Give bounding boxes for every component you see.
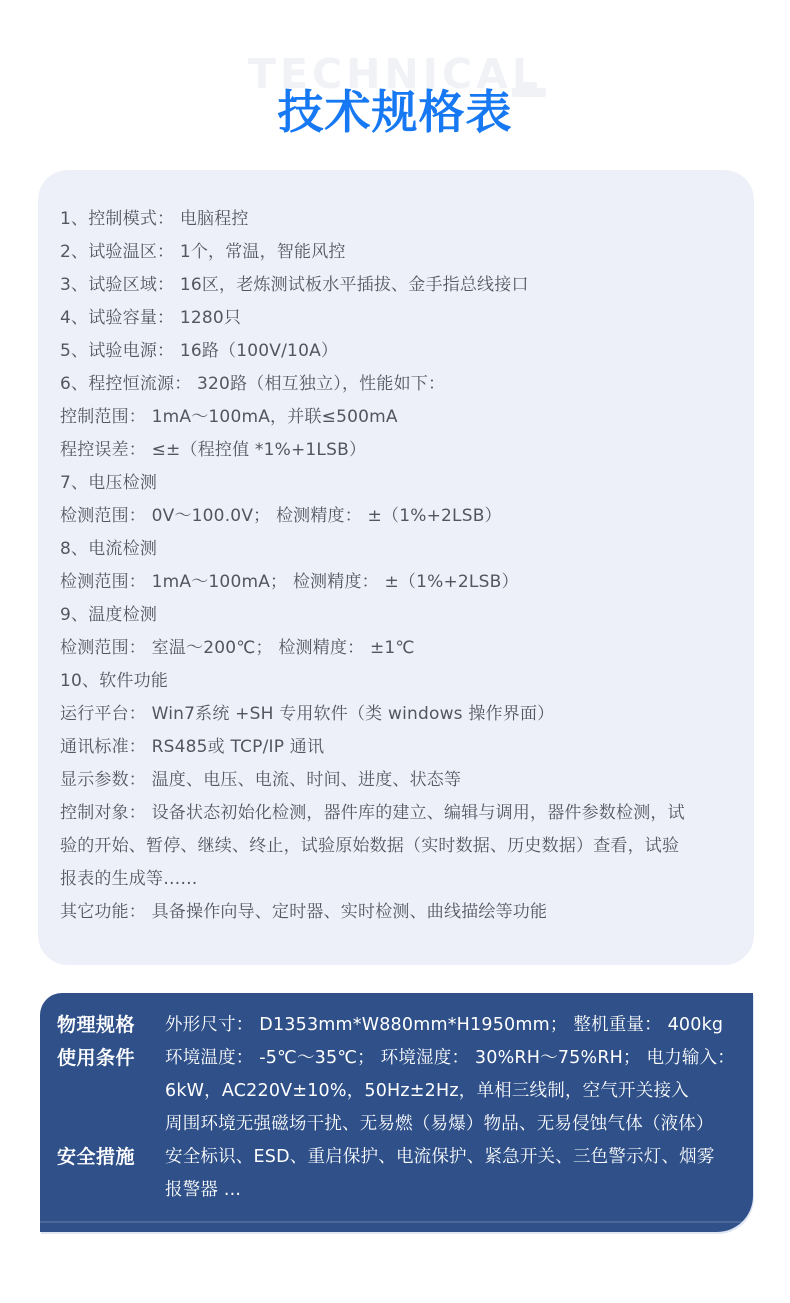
- spec-line: 检测范围： 室温～200℃； 检测精度： ±1℃: [60, 632, 738, 665]
- spec-line: 8、电流检测: [60, 533, 738, 566]
- bottom-panel-row: 使用条件 环境温度： -5℃～35℃； 环境湿度： 30%RH～75%RH； 电…: [57, 1042, 743, 1141]
- spec-line: 其它功能： 具备操作向导、定时器、实时检测、曲线描绘等功能: [60, 896, 738, 929]
- page-header: TECHNICAL 技术规格表: [0, 0, 790, 170]
- spec-line: 验的开始、暂停、继续、终止，试验原始数据（实时数据、历史数据）查看，试验: [60, 830, 738, 863]
- spec-line: 控制对象： 设备状态初始化检测，器件库的建立、编辑与调用，器件参数检测，试: [60, 797, 738, 830]
- spec-line: 通讯标准： RS485或 TCP/IP 通讯: [60, 731, 738, 764]
- spec-line: 控制范围： 1mA～100mA，并联≤500mA: [60, 401, 738, 434]
- spec-line: 2、试验温区： 1个，常温，智能风控: [60, 236, 738, 269]
- spec-line: 检测范围： 1mA～100mA； 检测精度： ±（1%+2LSB）: [60, 566, 738, 599]
- spec-line: 报表的生成等……: [60, 863, 738, 896]
- row-content: 外形尺寸： D1353mm*W880mm*H1950mm； 整机重量： 400k…: [165, 1009, 723, 1042]
- spec-line: 6、程控恒流源： 320路（相互独立），性能如下：: [60, 368, 738, 401]
- spec-line: 运行平台： Win7系统 +SH 专用软件（类 windows 操作界面）: [60, 698, 738, 731]
- physical-spec-panel: 物理规格 外形尺寸： D1353mm*W880mm*H1950mm； 整机重量：…: [40, 993, 753, 1232]
- row-content: 安全标识、ESD、重启保护、电流保护、紧急开关、三色警示灯、烟雾 报警器 ...: [165, 1141, 715, 1207]
- spec-line: 3、试验区域： 16区，老炼测试板水平插拔、金手指总线接口: [60, 269, 738, 302]
- title-dash-decoration: [512, 88, 546, 97]
- spec-line: 5、试验电源： 16路（100V/10A）: [60, 335, 738, 368]
- page-title: 技术规格表: [0, 76, 790, 142]
- spec-line: 10、软件功能: [60, 665, 738, 698]
- spec-line: 程控误差： ≤±（程控值 *1%+1LSB）: [60, 434, 738, 467]
- row-label: 安全措施: [57, 1141, 165, 1174]
- bottom-panel-rows: 物理规格 外形尺寸： D1353mm*W880mm*H1950mm； 整机重量：…: [57, 1009, 743, 1207]
- spec-line: 检测范围： 0V～100.0V； 检测精度： ±（1%+2LSB）: [60, 500, 738, 533]
- row-label: 使用条件: [57, 1042, 165, 1075]
- spec-line: 显示参数： 温度、电压、电流、时间、进度、状态等: [60, 764, 738, 797]
- spec-line: 7、电压检测: [60, 467, 738, 500]
- technical-spec-panel: 1、控制模式： 电脑程控 2、试验温区： 1个，常温，智能风控 3、试验区域： …: [38, 170, 754, 965]
- spec-line: 4、试验容量： 1280只: [60, 302, 738, 335]
- spec-sheet-page: TECHNICAL 技术规格表 1、控制模式： 电脑程控 2、试验温区： 1个，…: [0, 0, 790, 1303]
- bottom-panel-row: 安全措施 安全标识、ESD、重启保护、电流保护、紧急开关、三色警示灯、烟雾 报警…: [57, 1141, 743, 1207]
- spec-line: 1、控制模式： 电脑程控: [60, 203, 738, 236]
- spec-list: 1、控制模式： 电脑程控 2、试验温区： 1个，常温，智能风控 3、试验区域： …: [60, 203, 738, 929]
- bottom-panel-row: 物理规格 外形尺寸： D1353mm*W880mm*H1950mm； 整机重量：…: [57, 1009, 743, 1042]
- spec-line: 9、温度检测: [60, 599, 738, 632]
- row-content: 环境温度： -5℃～35℃； 环境湿度： 30%RH～75%RH； 电力输入： …: [165, 1042, 735, 1141]
- row-label: 物理规格: [57, 1009, 165, 1042]
